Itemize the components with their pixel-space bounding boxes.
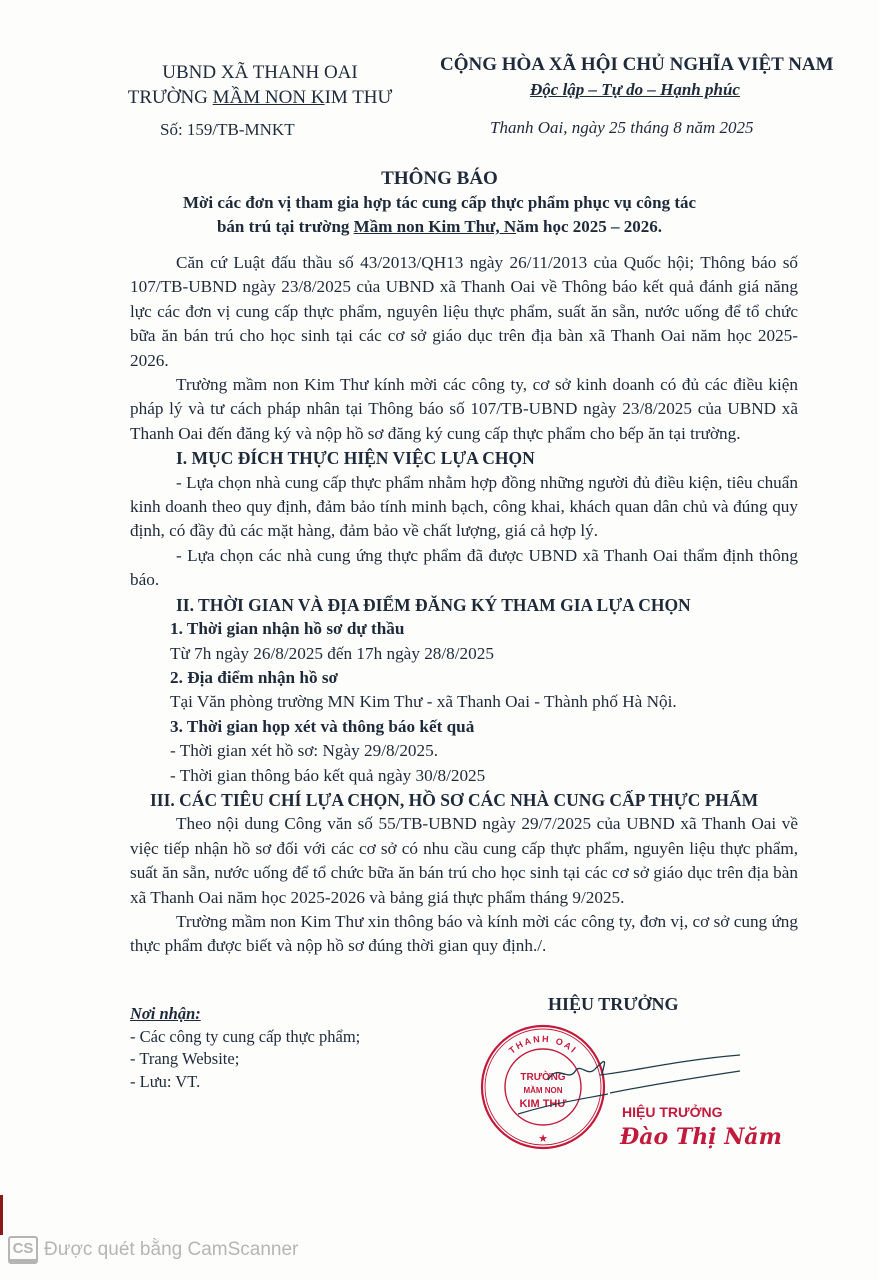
document-body: Căn cứ Luật đấu thầu số 43/2013/QH13 ngà… (130, 251, 798, 959)
section-1-heading: I. MỤC ĐÍCH THỰC HIỆN VIỆC LỰA CHỌN (130, 446, 798, 470)
section-2-item-3-heading: 3. Thời gian họp xét và thông báo kết qu… (130, 715, 798, 739)
country-name: CỘNG HÒA XÃ HỘI CHỦ NGHĨA VIỆT NAM (440, 52, 830, 77)
recipient-item: - Trang Website; (130, 1048, 360, 1071)
intro-paragraph-1: Căn cứ Luật đấu thầu số 43/2013/QH13 ngà… (130, 251, 798, 373)
document-title: THÔNG BÁO (0, 167, 879, 191)
section-2-item-1-heading: 1. Thời gian nhận hồ sơ dự thầu (130, 617, 798, 641)
national-motto: Độc lập – Tự do – Hạnh phúc (440, 77, 830, 102)
section-1-paragraph-2: - Lựa chọn các nhà cung ứng thực phẩm đã… (130, 544, 798, 593)
scanned-document: UBND XÃ THANH OAI TRƯỜNG MẦM NON KIM THƯ… (0, 0, 879, 1280)
section-3-paragraph-1: Theo nội dung Công văn số 55/TB-UBND ngà… (130, 812, 798, 910)
recipients-block: Nơi nhận: - Các công ty cung cấp thực ph… (130, 1003, 360, 1093)
signer-title: HIỆU TRƯỞNG (548, 994, 679, 1015)
watermark-text: Được quét bằng CamScanner (44, 1239, 298, 1261)
signer-name: Đào Thị Năm (620, 1124, 782, 1150)
svg-text:THANH OAI: THANH OAI (507, 1034, 579, 1056)
signature-stroke-icon (600, 1045, 750, 1095)
recipients-heading: Nơi nhận: (130, 1003, 360, 1026)
section-2-item-2-heading: 2. Địa điểm nhận hồ sơ (130, 666, 798, 690)
recipient-item: - Lưu: VT. (130, 1071, 360, 1094)
svg-text:MẦM NON: MẦM NON (523, 1085, 562, 1095)
seal-role-label: HIỆU TRƯỞNG (622, 1104, 723, 1120)
svg-text:TRƯỜNG: TRƯỜNG (520, 1070, 565, 1083)
document-date: Thanh Oai, ngày 25 tháng 8 năm 2025 (490, 118, 754, 138)
document-number: Số: 159/TB-MNKT (160, 120, 295, 140)
camscanner-logo-icon: CS (8, 1236, 38, 1264)
national-header: CỘNG HÒA XÃ HỘI CHỦ NGHĨA VIỆT NAM Độc l… (440, 52, 830, 102)
school-name: TRƯỜNG MẦM NON KIM THƯ (100, 85, 420, 110)
authority-name: UBND XÃ THANH OAI (100, 60, 420, 85)
scan-edge-mark (0, 1195, 3, 1235)
section-2-item-2-text: Tại Văn phòng trường MN Kim Thư - xã Tha… (130, 690, 798, 714)
section-2-item-3-line-1: - Thời gian xét hồ sơ: Ngày 29/8/2025. (130, 739, 798, 763)
scanner-watermark: CS Được quét bằng CamScanner (8, 1236, 298, 1264)
svg-text:★: ★ (538, 1133, 548, 1145)
issuing-authority: UBND XÃ THANH OAI TRƯỜNG MẦM NON KIM THƯ (100, 60, 420, 110)
svg-text:KIM THƯ: KIM THƯ (519, 1098, 567, 1110)
section-2-item-3-line-2: - Thời gian thông báo kết quả ngày 30/8/… (130, 764, 798, 788)
document-subtitle: Mời các đơn vị tham gia hợp tác cung cấp… (0, 191, 879, 239)
intro-paragraph-2: Trường mầm non Kim Thư kính mời các công… (130, 373, 798, 446)
section-1-paragraph-1: - Lựa chọn nhà cung cấp thực phẩm nhằm h… (130, 471, 798, 544)
section-2-item-1-text: Từ 7h ngày 26/8/2025 đến 17h ngày 28/8/2… (130, 642, 798, 666)
section-3-paragraph-2: Trường mầm non Kim Thư xin thông báo và … (130, 910, 798, 959)
section-3-heading: III. CÁC TIÊU CHÍ LỰA CHỌN, HỒ SƠ CÁC NH… (130, 788, 798, 812)
official-seal-icon: THANH OAI TRƯỜNG MẦM NON KIM THƯ ★ (478, 1022, 608, 1152)
section-2-heading: II. THỜI GIAN VÀ ĐỊA ĐIỂM ĐĂNG KÝ THAM G… (130, 593, 798, 617)
recipient-item: - Các công ty cung cấp thực phẩm; (130, 1026, 360, 1049)
